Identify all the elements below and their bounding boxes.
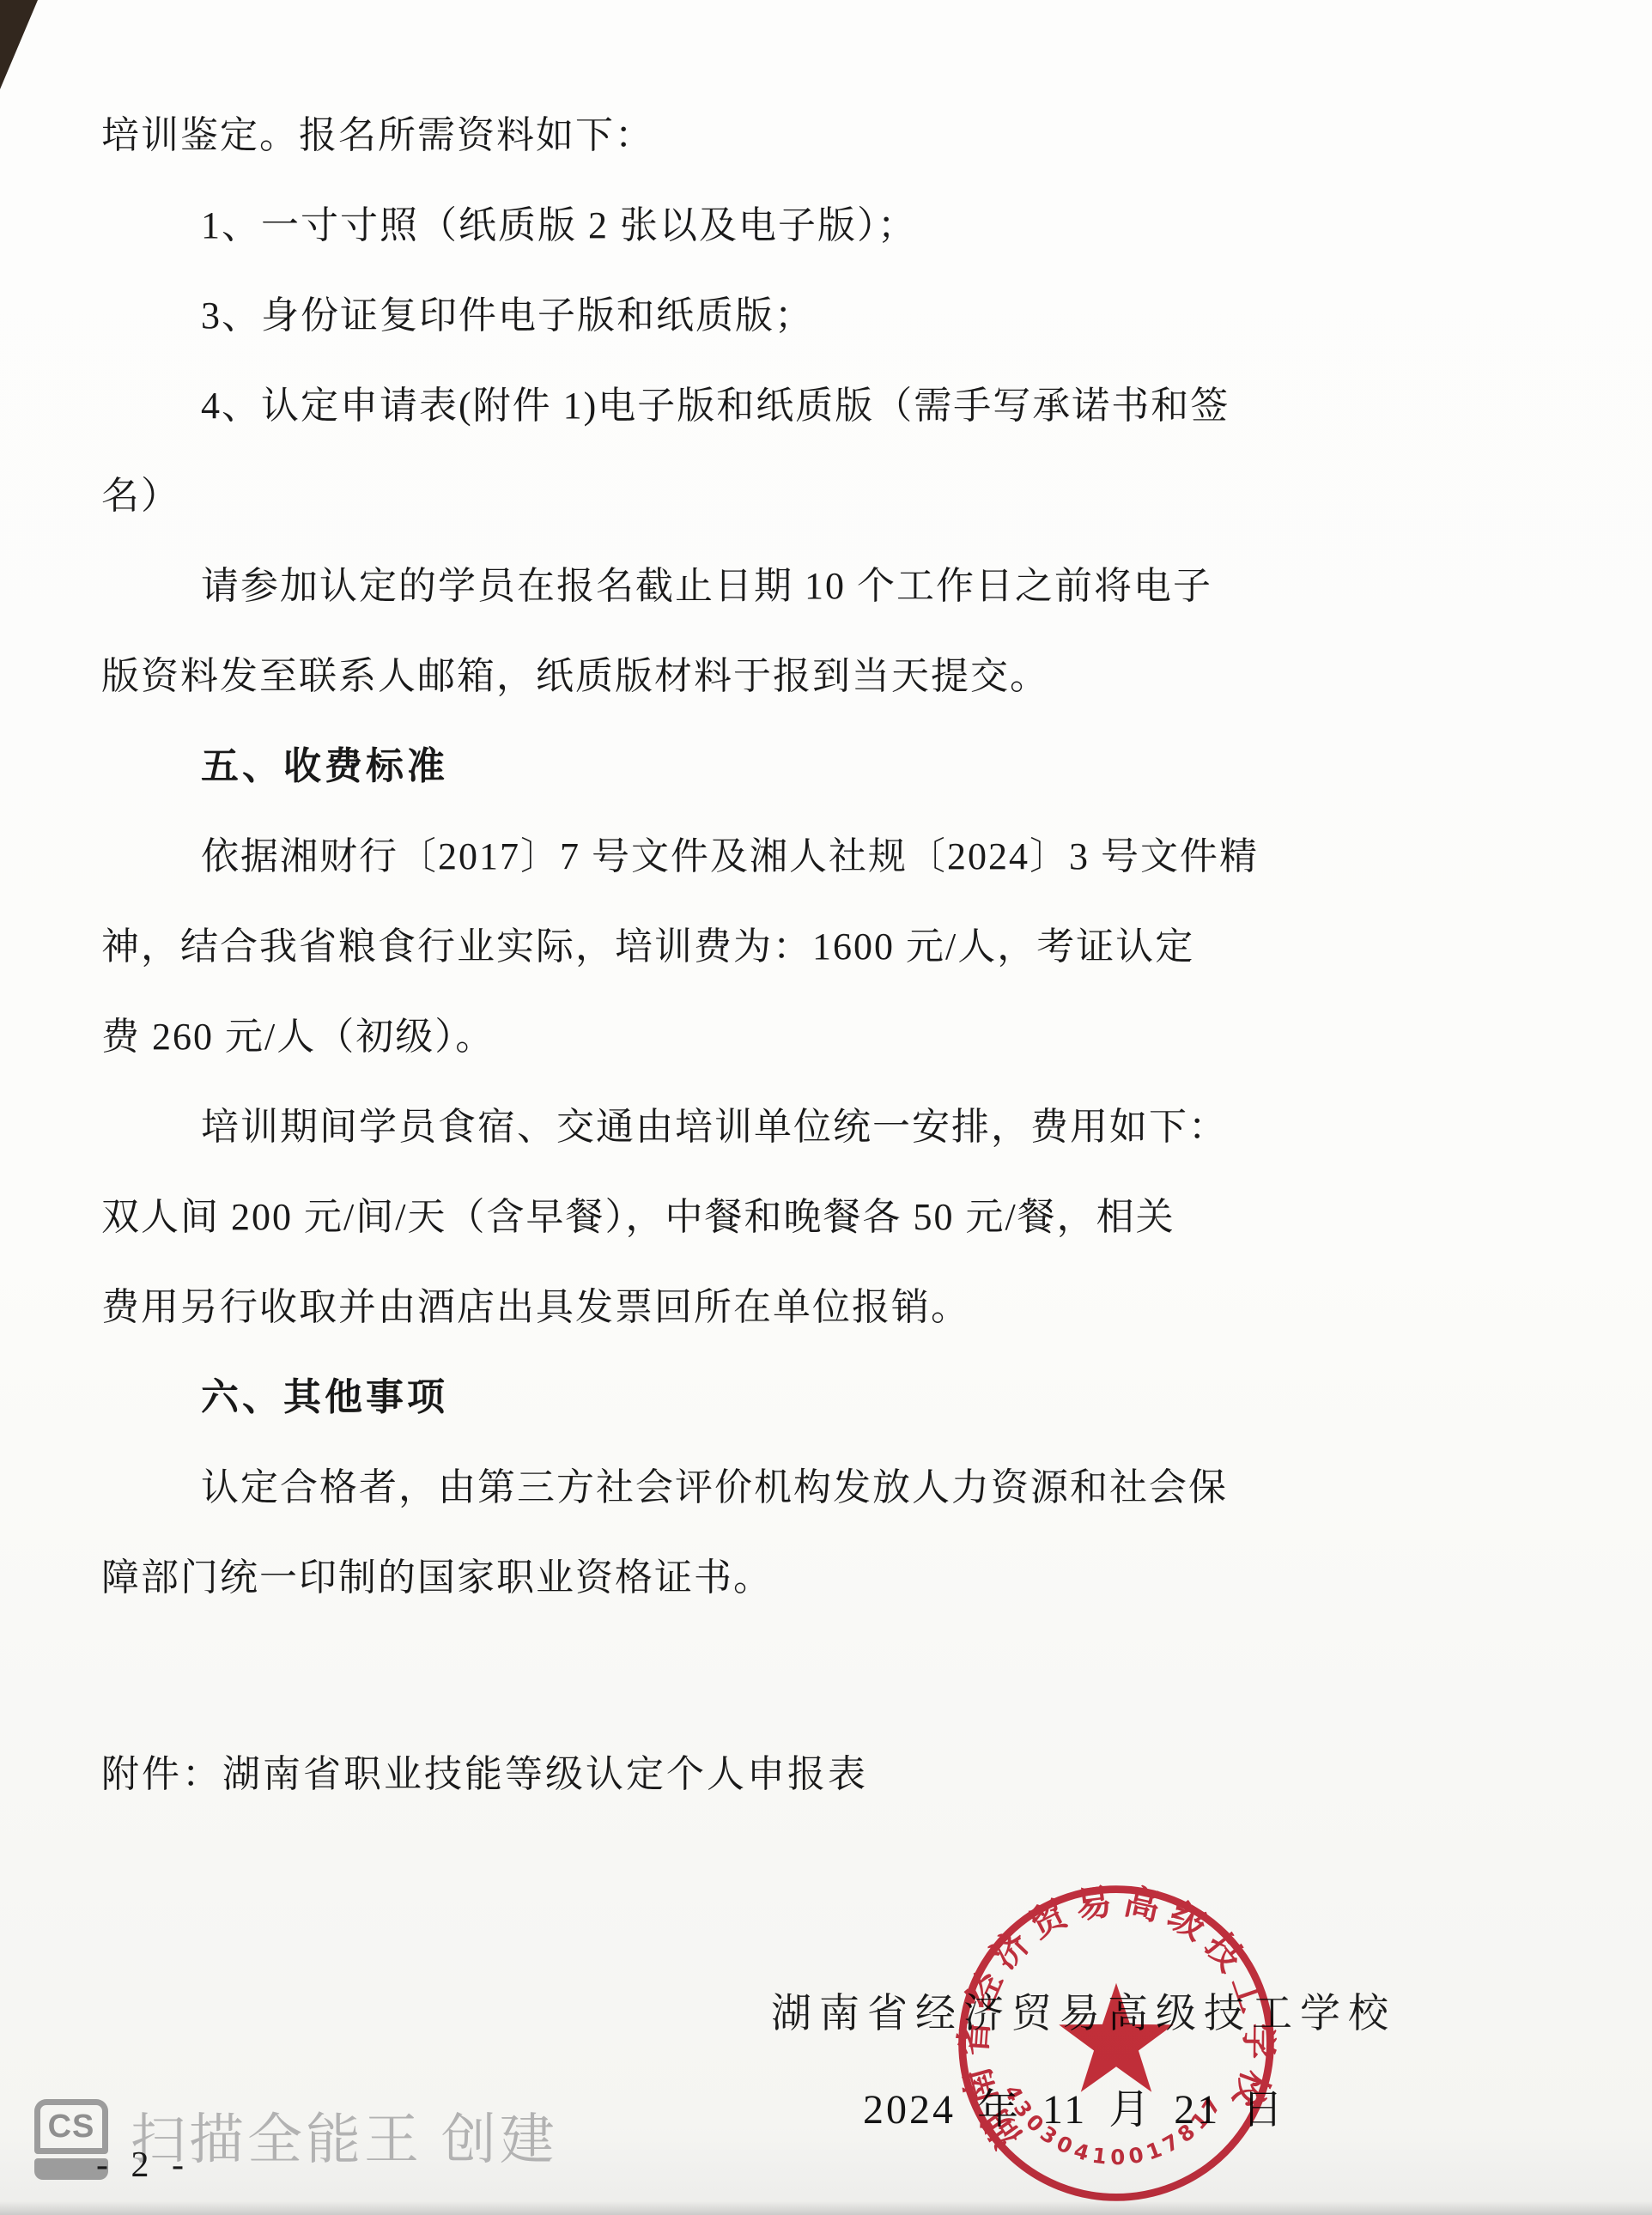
body-line: 双人间 200 元/间/天（含早餐），中餐和晚餐各 50 元/餐，相关: [101, 1168, 1566, 1258]
page-number: - 2 -: [96, 2145, 191, 2186]
body-line: 认定合格者，由第三方社会评价机构发放人力资源和社会保: [101, 1438, 1566, 1528]
scan-corner-artifact: [0, 0, 38, 89]
body-line: 费用另行收取并由酒店出具发票回所在单位报销。: [101, 1258, 1566, 1348]
body-line: 1、一寸寸照（纸质版 2 张以及电子版）；: [101, 176, 1566, 266]
body-line: 障部门统一印制的国家职业资格证书。: [101, 1528, 1566, 1618]
body-line: 费 260 元/人（初级）。: [101, 987, 1566, 1077]
body-line: 请参加认定的学员在报名截止日期 10 个工作日之前将电子: [101, 537, 1566, 627]
scanned-document-page: 培训鉴定。报名所需资料如下： 1、一寸寸照（纸质版 2 张以及电子版）； 3、身…: [0, 0, 1652, 2215]
section-heading-fees: 五、收费标准: [101, 717, 1566, 807]
watermark-label: 扫描全能王 创建: [131, 2099, 558, 2180]
body-line: 依据湘财行〔2017〕7 号文件及湘人社规〔2024〕3 号文件精: [101, 807, 1566, 897]
body-line: 神，结合我省粮食行业实际，培训费为：1600 元/人，考证认定: [101, 897, 1566, 987]
body-line: 4、认定申请表(附件 1)电子版和纸质版（需手写承诺书和签: [101, 356, 1566, 446]
body-line: 3、身份证复印件电子版和纸质版；: [101, 266, 1566, 356]
official-seal: 湖南省经济贸易高级技工学校 43030410017817: [949, 1876, 1284, 2211]
body-line: 培训鉴定。报名所需资料如下：: [101, 86, 1566, 176]
body-line: 版资料发至联系人邮箱，纸质版材料于报到当天提交。: [101, 627, 1566, 717]
document-body: 培训鉴定。报名所需资料如下： 1、一寸寸照（纸质版 2 张以及电子版）； 3、身…: [101, 86, 1566, 1618]
attachment-line: 附件：湖南省职业技能等级认定个人申报表: [101, 1736, 868, 1805]
seal-star-icon: [1059, 1983, 1174, 2092]
body-line: 名）: [101, 446, 1566, 537]
seal-code: 43030410017817: [999, 2081, 1229, 2170]
section-heading-other-matters: 六、其他事项: [101, 1348, 1566, 1438]
scan-bottom-shadow: [0, 2201, 1652, 2215]
body-line: 培训期间学员食宿、交通由培训单位统一安排，费用如下：: [101, 1077, 1566, 1168]
